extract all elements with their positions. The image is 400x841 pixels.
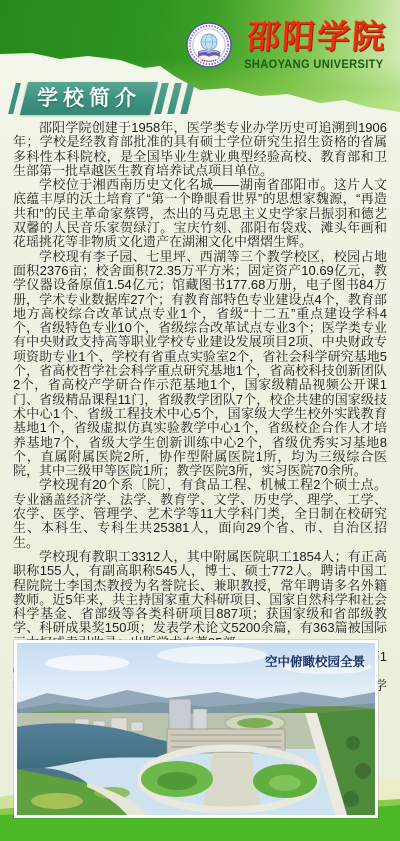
- intro-article: 邵阳学院创建于1958年，医学类专业办学历史可追溯到1906年；学校是经教育部批…: [13, 121, 387, 707]
- banner-stripe-icon: [180, 83, 195, 114]
- banner-ribbon: 学校简介: [20, 82, 158, 115]
- banner-left-bar: [8, 83, 21, 114]
- intro-paragraph: 学校现有教职工3312人，其中附属医院职工1854人；有正高职称155人，有副高…: [13, 550, 387, 650]
- intro-paragraph: 学校现有李子园、七里坪、西湖等三个教学校区，校园占地面积2376亩；校舍面积72…: [13, 250, 387, 479]
- campus-photo-scene: 空中俯瞰校园全景: [17, 643, 375, 815]
- section-title: 学校简介: [24, 82, 154, 115]
- brochure-page: 邵阳学院 SHAOYANG UNIVERSITY 学校简介 邵阳学院创建于195…: [0, 0, 400, 841]
- intro-paragraph: 学校现有20个系〔院〕，有食品工程、机械工程2个硕士点。专业涵盖经济学、法学、教…: [13, 478, 387, 549]
- campus-photo: 空中俯瞰校园全景: [14, 640, 378, 818]
- intro-paragraph: 邵阳学院创建于1958年，医学类专业办学历史可追溯到1906年；学校是经教育部批…: [13, 121, 387, 178]
- banner-stripe-icon: [167, 83, 182, 114]
- section-banner: 学校简介: [0, 0, 400, 125]
- intro-paragraph: 学校位于湘西南历史文化名城——湖南省邵阳市。这片人文底蕴丰厚的沃土培育了“第一个…: [13, 178, 387, 249]
- photo-caption: 空中俯瞰校园全景: [265, 654, 366, 669]
